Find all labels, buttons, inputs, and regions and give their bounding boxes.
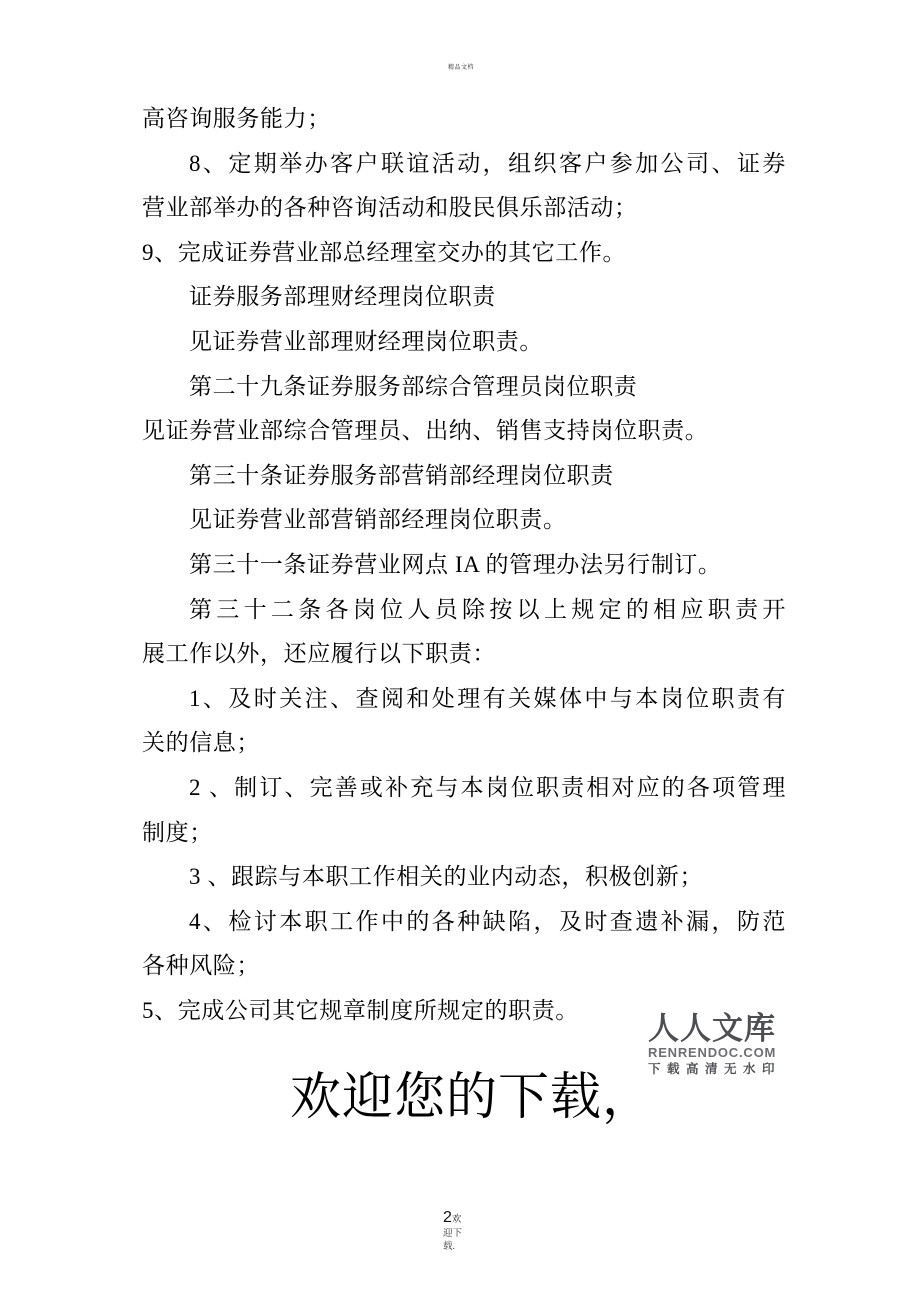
doc-line: 第三十条证券服务部营销部经理岗位职责 — [142, 454, 786, 499]
doc-line: 见证券营业部营销部经理岗位职责。 — [142, 498, 786, 543]
doc-line: 见证券营业部综合管理员、出纳、销售支持岗位职责。 — [142, 409, 786, 454]
doc-line: 高咨询服务能力； — [142, 97, 786, 142]
renrendoc-watermark: 人人文库 RENRENDOC.COM 下载高清无水印 — [648, 1013, 790, 1076]
doc-line: 第二十九条证券服务部综合管理员岗位职责 — [142, 365, 786, 410]
watermark-tagline: 下载高清无水印 — [648, 1062, 790, 1076]
header-note: 精品文档 — [448, 62, 474, 71]
doc-line: 展工作以外，还应履行以下职责： — [142, 632, 786, 677]
document-body: 高咨询服务能力； 8、定期举办客户联谊活动，组织客户参加公司、证券 营业部举办的… — [142, 97, 786, 1033]
doc-line: 制度； — [142, 811, 786, 856]
doc-line: 1、及时关注、查阅和处理有关媒体中与本岗位职责有 — [142, 677, 786, 722]
doc-line: 第三十二条各岗位人员除按以上规定的相应职责开 — [142, 588, 786, 633]
doc-line: 4、检讨本职工作中的各种缺陷，及时查遗补漏，防范 — [142, 900, 786, 945]
doc-line: 见证券营业部理财经理岗位职责。 — [142, 320, 786, 365]
page-number: 2 — [443, 1209, 452, 1226]
doc-line: 9、完成证券营业部总经理室交办的其它工作。 — [142, 231, 786, 276]
welcome-banner: 欢迎您的下载， — [290, 1066, 654, 1130]
watermark-brand: 人人文库 — [648, 1013, 790, 1045]
doc-line: 证券服务部理财经理岗位职责 — [142, 275, 786, 320]
document-page: { "page": { "header_note": "精品文档", "welc… — [0, 0, 920, 1303]
doc-line: 营业部举办的各种咨询活动和股民俱乐部活动； — [142, 186, 786, 231]
doc-line: 各种风险； — [142, 944, 786, 989]
doc-line: 2 、制订、完善或补充与本岗位职责相对应的各项管理 — [142, 766, 786, 811]
doc-line: 8、定期举办客户联谊活动，组织客户参加公司、证券 — [142, 142, 786, 187]
doc-line: 第三十一条证券营业网点 IA 的管理办法另行制订。 — [142, 543, 786, 588]
page-footer: 2欢迎下载. — [443, 1211, 470, 1255]
watermark-site: RENRENDOC.COM — [648, 1046, 790, 1060]
doc-line: 3 、跟踪与本职工作相关的业内动态，积极创新； — [142, 855, 786, 900]
doc-line: 关的信息； — [142, 721, 786, 766]
